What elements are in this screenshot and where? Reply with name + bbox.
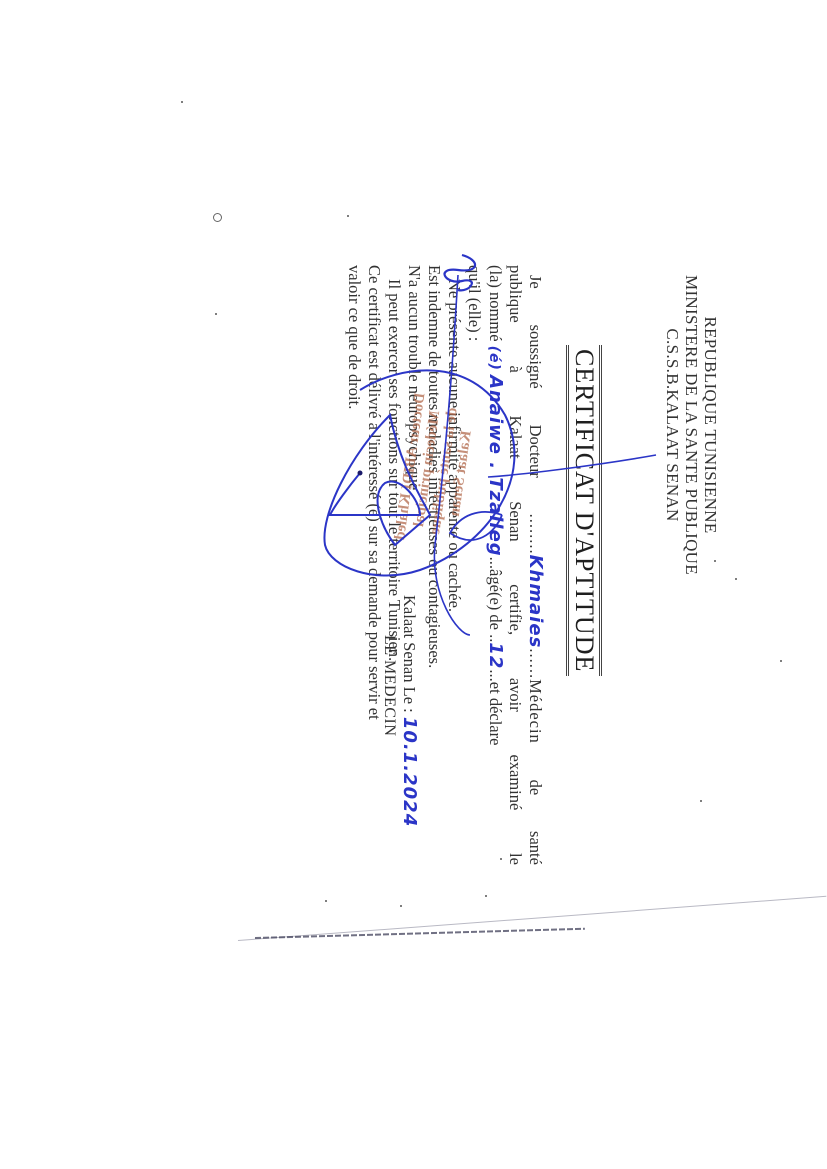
certificate-document: REPUBLIQUE TUNISIENNE MINISTERE DE LA SA… bbox=[250, 215, 720, 915]
document-title: CERTIFICAT D'APTITUDE bbox=[566, 345, 602, 676]
letterhead-center: C.S.S.B.KALAAT SENAN bbox=[663, 275, 682, 575]
text-docteur: Docteur bbox=[525, 425, 545, 478]
scan-speck bbox=[780, 660, 782, 662]
text-senan: Senan bbox=[505, 501, 525, 541]
text-je: Je bbox=[525, 275, 545, 289]
punch-hole-mark bbox=[213, 213, 222, 222]
text-examine: examiné bbox=[505, 754, 525, 810]
text-publique: publique bbox=[505, 265, 525, 323]
text-le: le bbox=[505, 853, 525, 865]
statement-no-disease: Est indemne de toutes maladies infectieu… bbox=[424, 265, 444, 865]
scan-speck bbox=[400, 905, 402, 907]
scan-speck bbox=[500, 858, 502, 860]
text-et-declare: ...et déclare bbox=[486, 669, 505, 745]
text-certifie: certifie, bbox=[505, 584, 525, 635]
doctor-name-field: ........Khmaies......Médecin bbox=[525, 514, 545, 744]
scan-speck bbox=[181, 101, 183, 103]
handwritten-age: 12 bbox=[485, 642, 506, 669]
text-a: à bbox=[505, 365, 525, 372]
handwritten-patient-name: Anaiwe . Tzalleg bbox=[485, 375, 506, 557]
letterhead-ministry: MINISTERE DE LA SANTE PUBLIQUE bbox=[682, 275, 701, 575]
scan-speck bbox=[735, 578, 737, 580]
rotated-page: REPUBLIQUE TUNISIENNE MINISTERE DE LA SA… bbox=[250, 215, 720, 915]
text-medecin: ......Médecin bbox=[526, 648, 545, 743]
scan-speck bbox=[325, 900, 327, 902]
body-line-3: (la) nommé (é) Anaiwe . Tzalleg...âgé(e)… bbox=[484, 265, 505, 865]
text-kalaat: Kalaat bbox=[505, 415, 525, 458]
scan-speck bbox=[215, 313, 217, 315]
body-line-4: qu'il (elle) : bbox=[464, 265, 484, 865]
body-line-2: publique à Kalaat Senan certifie, avoir … bbox=[505, 265, 525, 865]
closing-line-1: Ce certificat est délivré à l'intéressé … bbox=[364, 265, 384, 865]
scan-speck bbox=[714, 560, 716, 562]
dotted-leader: ........ bbox=[526, 514, 545, 555]
handwritten-doctor-name: Khmaies bbox=[525, 555, 546, 649]
certificate-body: Je soussigné Docteur ........Khmaies....… bbox=[344, 265, 545, 865]
text-de: de bbox=[525, 780, 545, 796]
scan-speck bbox=[347, 215, 349, 217]
statement-no-infirmity: Ne présente aucune infirmité apparente o… bbox=[444, 265, 464, 865]
text-age-de: ...âgé(e) de .. bbox=[486, 557, 505, 643]
text-nomme: (la) nommé bbox=[486, 265, 505, 342]
text-sante: santé bbox=[525, 831, 545, 865]
place-and-date: Kalaat Senan Le : 10.1.2024 bbox=[399, 595, 420, 827]
scan-speck bbox=[485, 895, 487, 897]
text-avoir: avoir bbox=[505, 678, 525, 712]
scan-artifact-line bbox=[255, 928, 585, 939]
signer-title: LE MEDECIN bbox=[380, 635, 398, 736]
scan-speck bbox=[700, 800, 702, 802]
handwritten-gender-mark: (é) bbox=[486, 346, 502, 371]
closing-line-2: valoir ce que de droit. bbox=[344, 265, 364, 865]
place-date-label: Kalaat Senan Le : bbox=[400, 595, 419, 713]
body-line-1: Je soussigné Docteur ........Khmaies....… bbox=[525, 265, 545, 865]
letterhead-republic: REPUBLIQUE TUNISIENNE bbox=[701, 275, 720, 575]
letterhead: REPUBLIQUE TUNISIENNE MINISTERE DE LA SA… bbox=[663, 275, 720, 575]
text-soussigne: soussigné bbox=[525, 325, 545, 389]
handwritten-date: 10.1.2024 bbox=[399, 717, 420, 827]
